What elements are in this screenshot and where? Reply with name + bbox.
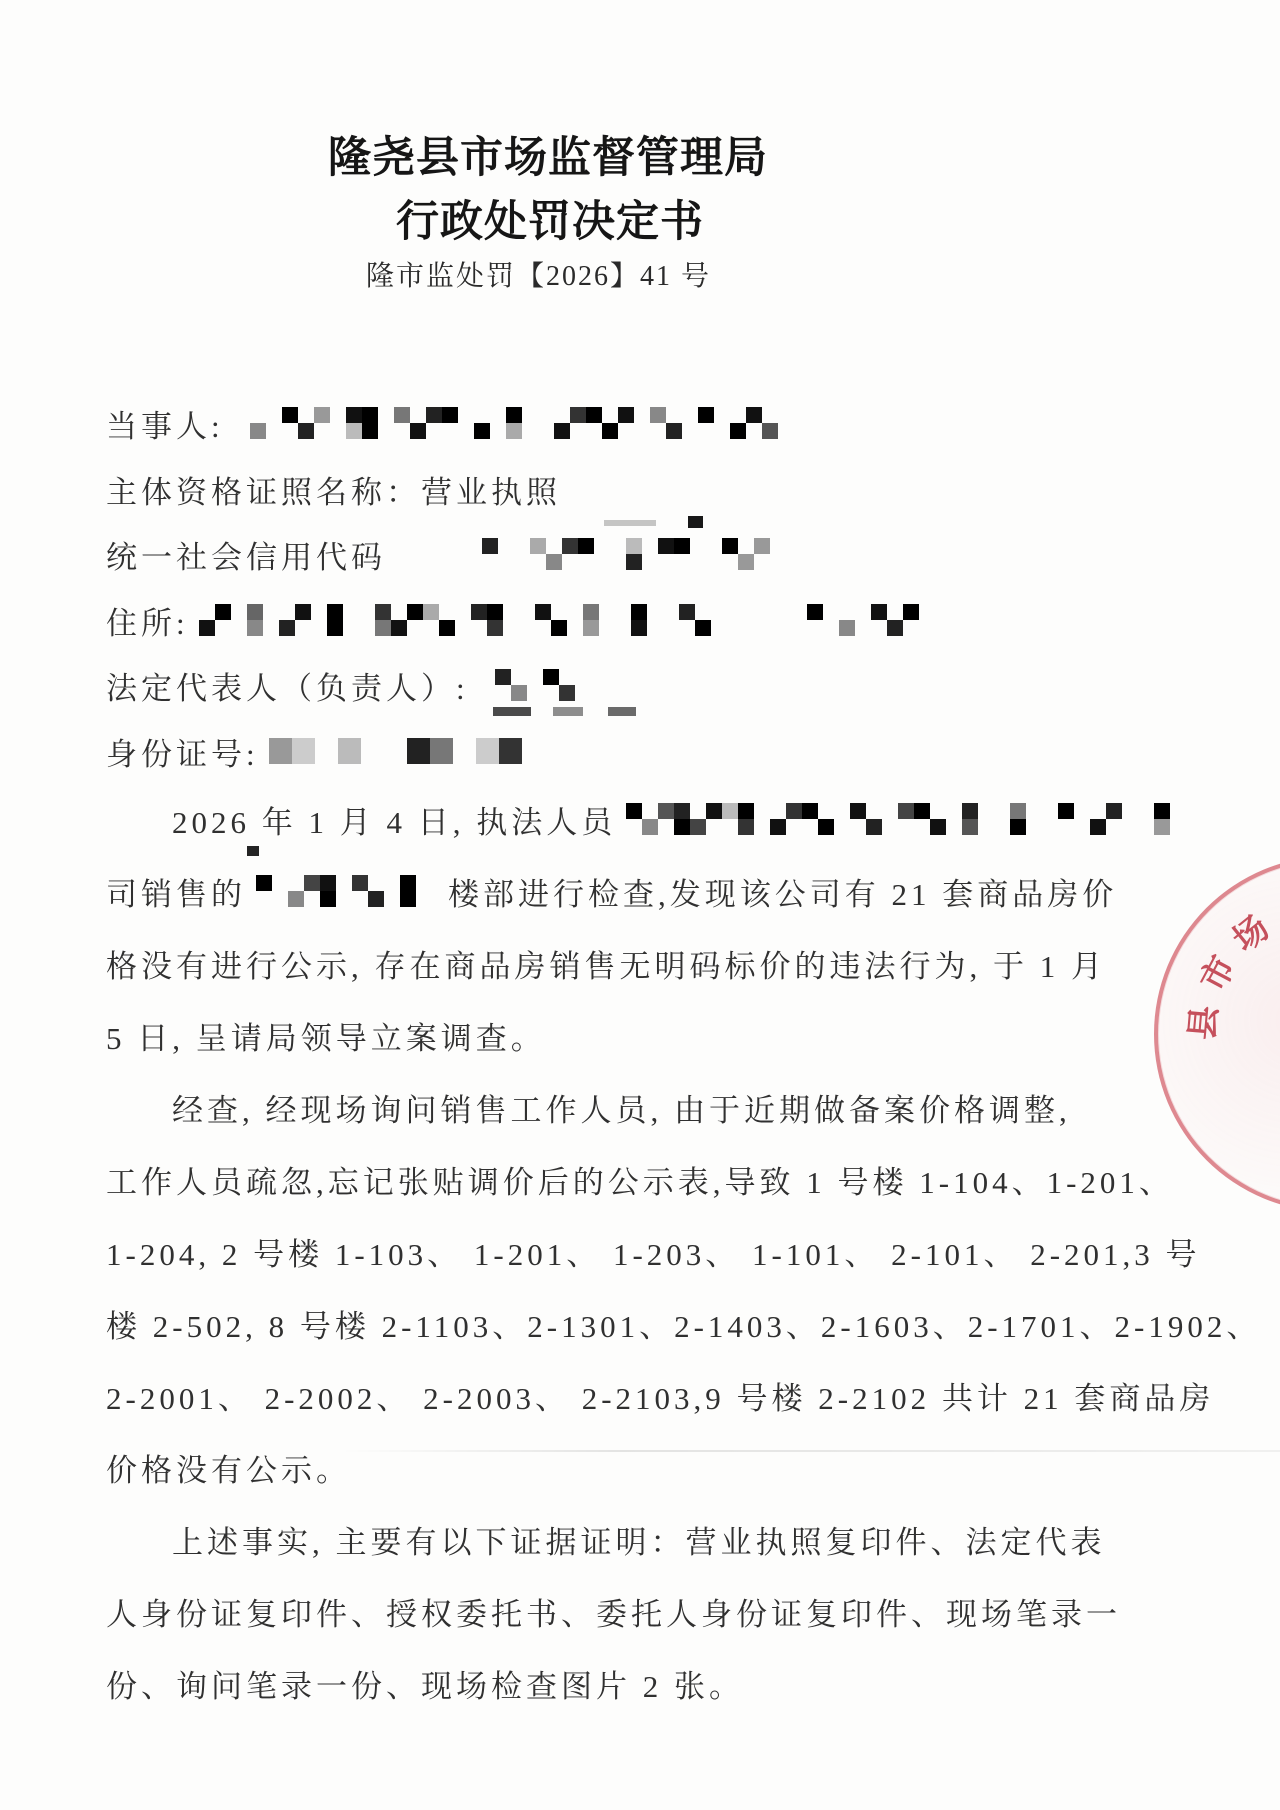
body-p1-line3: 格没有进行公示, 存在商品房销售无明码标价的违法行为, 于 1 月 bbox=[106, 940, 1106, 986]
seal-character: 监 bbox=[1273, 879, 1280, 935]
body-p1-line1: 2026 年 1 月 4 日, 执法人员 bbox=[172, 796, 1202, 842]
redaction-legal-rep-name bbox=[479, 669, 575, 701]
field-address: 住所: bbox=[106, 597, 935, 643]
body-p2-line1: 经查, 经现场询问销售工作人员, 由于近期做备案价格调整, bbox=[172, 1084, 1071, 1130]
body-p2-line3: 1-204, 2 号楼 1-103、 1-201、 1-203、 1-101、 … bbox=[106, 1228, 1201, 1274]
redaction-address bbox=[199, 604, 935, 636]
redaction-inspected-company bbox=[626, 803, 1202, 835]
scan-artifact bbox=[608, 707, 636, 716]
scan-artifact bbox=[247, 846, 259, 856]
scan-fold-line bbox=[340, 1450, 1280, 1452]
redaction-id-number bbox=[269, 738, 522, 764]
field-address-label: 住所: bbox=[106, 598, 189, 643]
body-p3-line1: 上述事实, 主要有以下证据证明：营业执照复印件、法定代表 bbox=[172, 1516, 1106, 1562]
seal-character: 场 bbox=[1220, 902, 1277, 961]
body-p1-line4: 5 日, 呈请局领导立案调查。 bbox=[106, 1012, 546, 1058]
scan-artifact bbox=[493, 707, 531, 716]
seal-character: 市 bbox=[1186, 946, 1245, 999]
p1-line2-post: 楼部进行检查,发现该公司有 21 套商品房价 bbox=[448, 869, 1117, 914]
agency-title: 隆尧县市场监督管理局 bbox=[328, 124, 768, 185]
field-license: 主体资格证照名称： 营业执照 bbox=[106, 466, 561, 512]
body-p3-line3: 份、询问笔录一份、现场检查图片 2 张。 bbox=[106, 1660, 744, 1706]
document-number: 隆市监处罚【2026】41 号 bbox=[366, 254, 711, 294]
body-p2-line4: 楼 2-502, 8 号楼 2-1103、2-1301、2-1403、2-160… bbox=[106, 1300, 1261, 1346]
scan-artifact bbox=[688, 516, 703, 528]
scanned-penalty-decision-document: 隆尧县市场监督管理局 行政处罚决定书 隆市监处罚【2026】41 号 当事人: … bbox=[0, 0, 1280, 1810]
scan-artifact bbox=[553, 707, 583, 716]
redaction-building-name bbox=[256, 875, 448, 907]
field-credit-code-label: 统一社会信用代码 bbox=[106, 532, 386, 577]
body-p3-line2: 人身份证复印件、授权委托书、委托人身份证复印件、现场笔录一 bbox=[106, 1588, 1121, 1634]
body-p2-line6: 价格没有公示。 bbox=[106, 1444, 351, 1490]
redaction-party-name bbox=[234, 407, 778, 439]
field-legal-rep-label: 法定代表人（负责人）: bbox=[106, 663, 469, 708]
scan-artifact bbox=[604, 520, 656, 526]
p1-line2-pre: 司销售的 bbox=[106, 869, 246, 914]
field-credit-code: 统一社会信用代码 bbox=[106, 531, 770, 577]
seal-character: 县 bbox=[1175, 1003, 1227, 1041]
p1-line1-text: 2026 年 1 月 4 日, 执法人员 bbox=[172, 797, 616, 842]
document-type-title: 行政处罚决定书 bbox=[396, 188, 704, 249]
field-id-number-label: 身份证号: bbox=[106, 729, 259, 774]
field-legal-rep: 法定代表人（负责人）: bbox=[106, 662, 575, 708]
body-p2-line2: 工作人员疏忽,忘记张贴调价后的公示表,导致 1 号楼 1-104、1-201、 bbox=[106, 1156, 1174, 1202]
field-party-label: 当事人: bbox=[106, 401, 224, 446]
redaction-credit-code bbox=[450, 538, 770, 570]
field-id-number: 身份证号: bbox=[106, 728, 522, 774]
body-p2-line5: 2-2001、 2-2002、 2-2003、 2-2103,9 号楼 2-21… bbox=[106, 1372, 1214, 1418]
body-p1-line2: 司销售的 楼部进行检查,发现该公司有 21 套商品房价 bbox=[106, 868, 1117, 914]
field-license-value: 营业执照 bbox=[421, 467, 561, 512]
field-license-label: 主体资格证照名称： bbox=[106, 467, 421, 512]
field-party: 当事人: bbox=[106, 400, 778, 446]
